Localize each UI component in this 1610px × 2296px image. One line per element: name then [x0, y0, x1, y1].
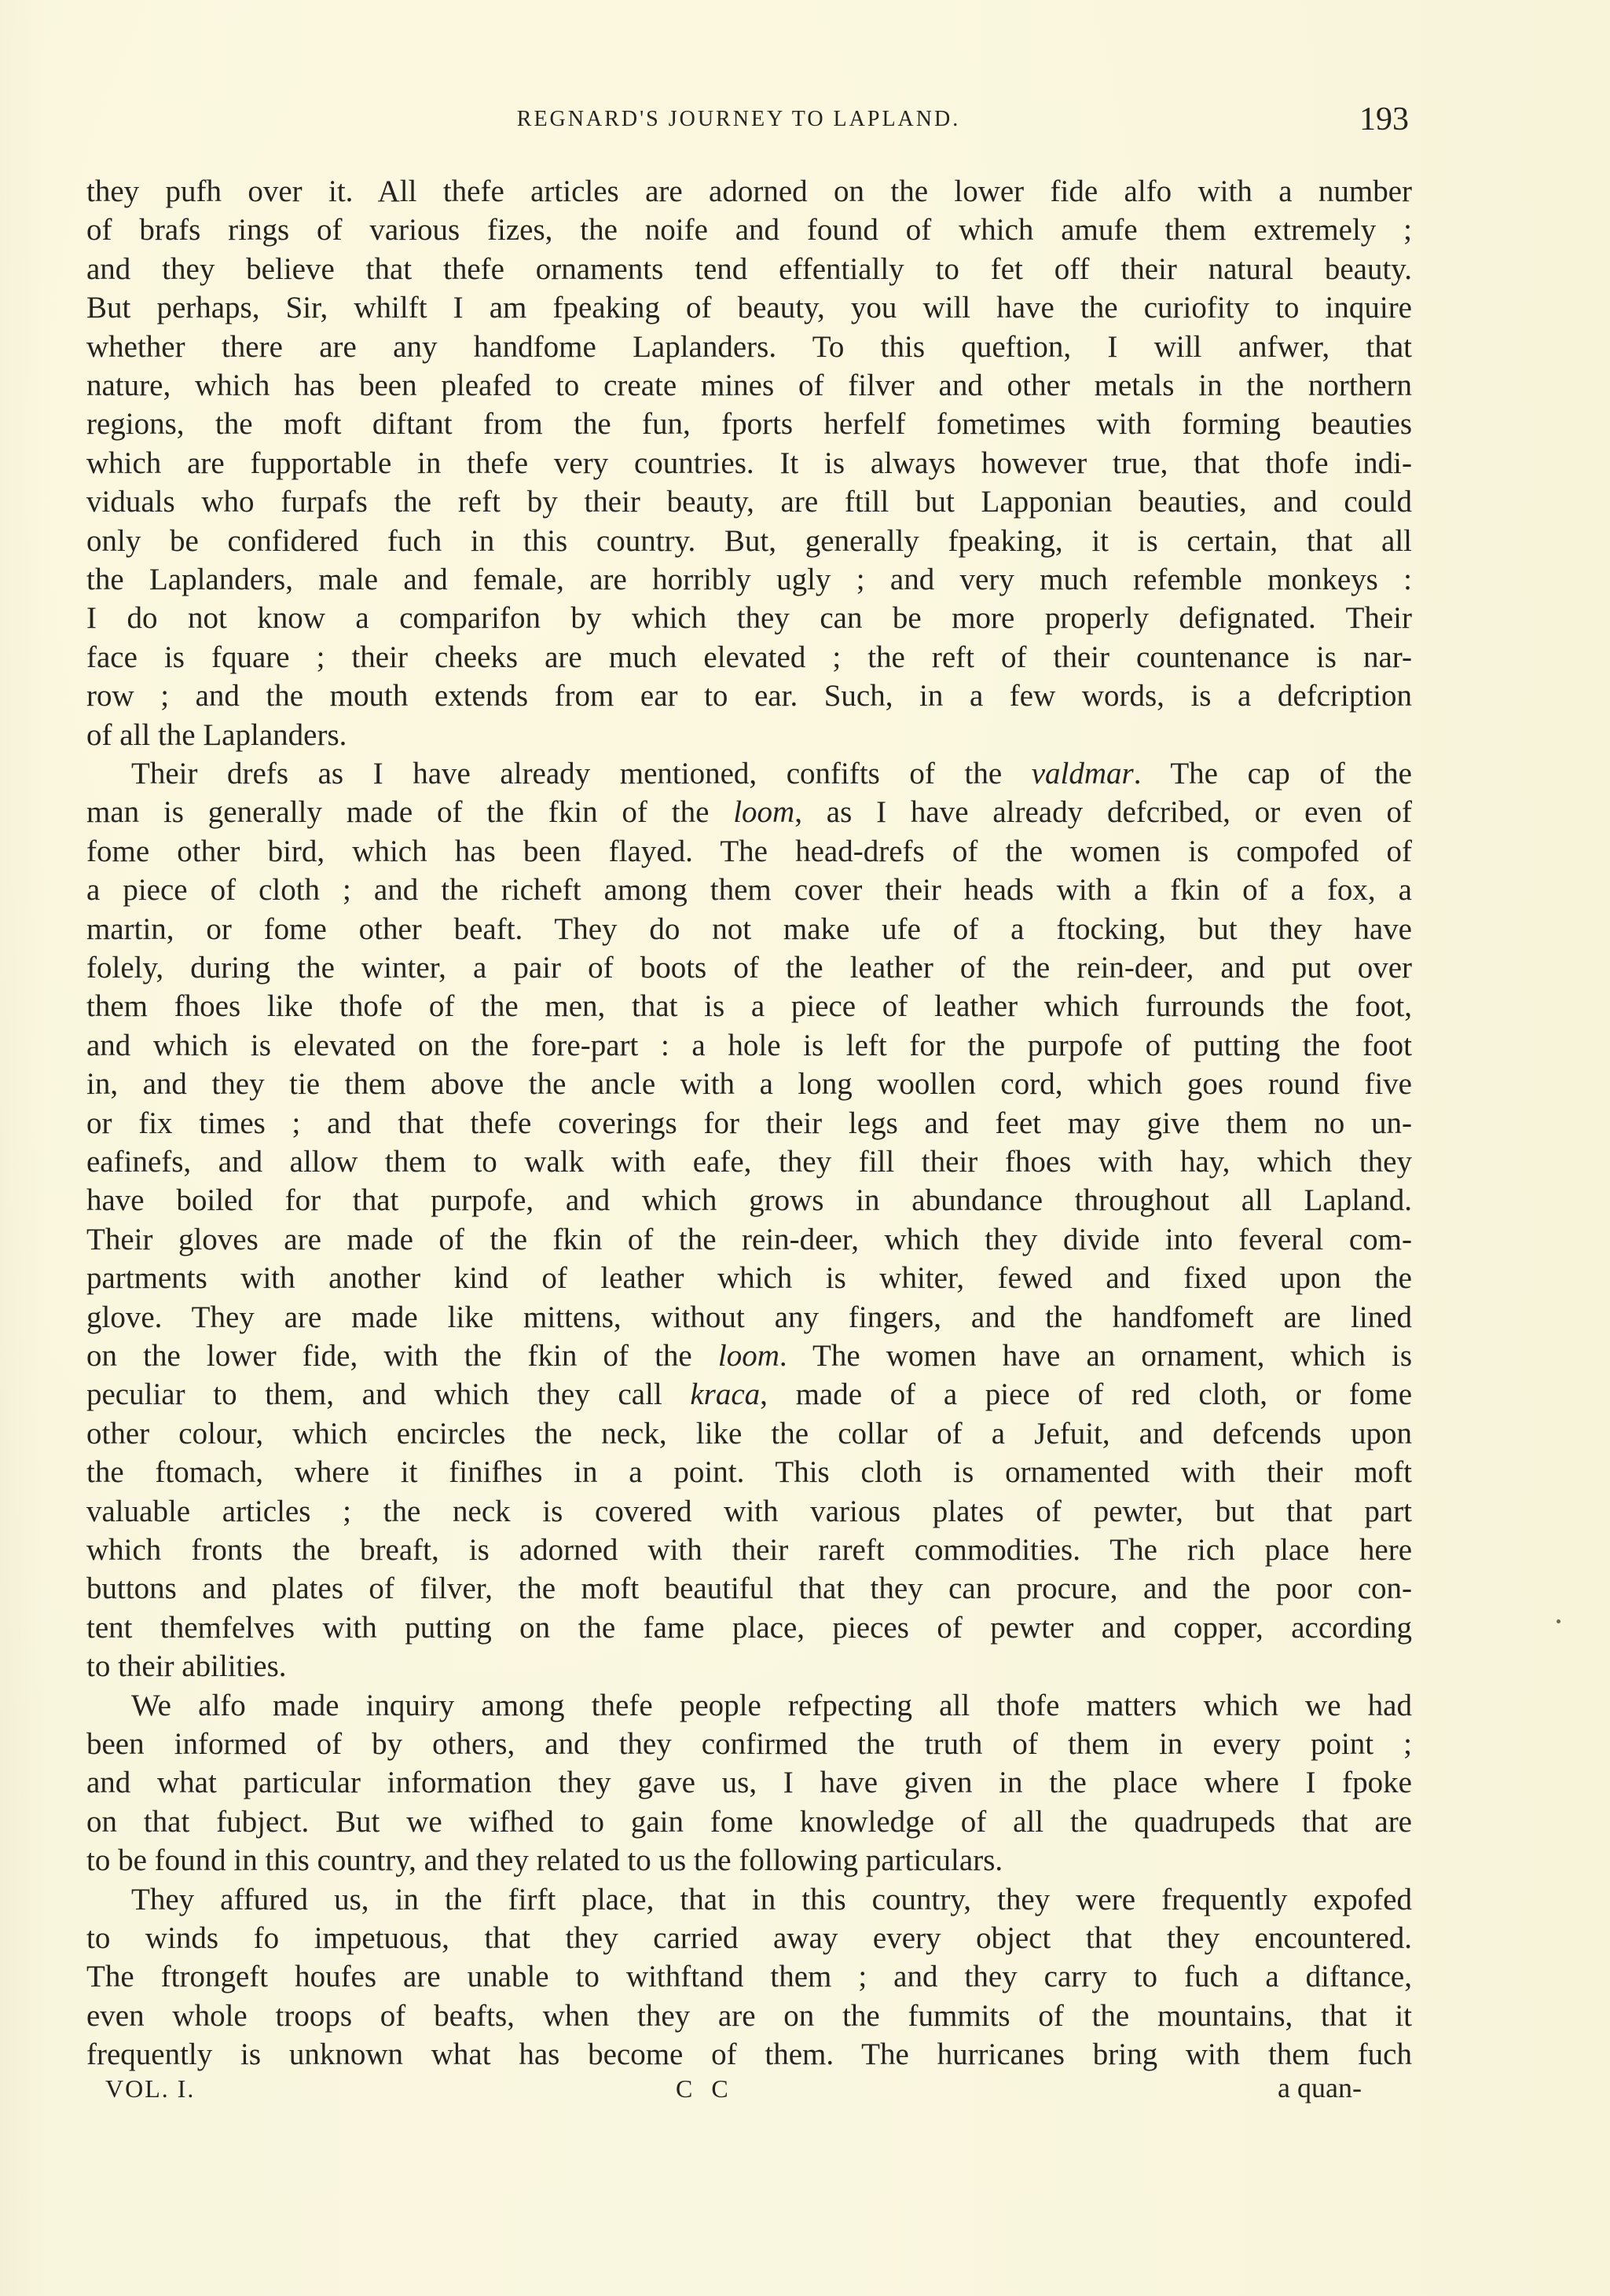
text-line: which are fupportable in thefe very coun…	[86, 444, 1412, 482]
text-line: frequently is unknown what has become of…	[86, 2035, 1412, 2074]
text-line: which fronts the breaft, is adorned with…	[86, 1531, 1412, 1569]
footer-catchword: a quan-	[1278, 2071, 1362, 2104]
line-text: whether there are any handfome Laplander…	[86, 330, 1412, 364]
footer-signature-mark: C C	[676, 2074, 735, 2103]
line-text: even whole troops of beafts, when they a…	[86, 1999, 1412, 2033]
line-text: Their drefs as I have already mentioned,…	[131, 757, 1032, 790]
line-text: been informed of by others, and they con…	[86, 1727, 1412, 1761]
italic-term: kraca	[690, 1377, 760, 1411]
text-line: of all the Laplanders.	[86, 716, 1412, 754]
line-text-after: , made of a piece of red cloth, or fome	[760, 1377, 1412, 1411]
book-page: Regnard's Journey to Lapland. 193 they p…	[0, 0, 1610, 2296]
line-text: The ftrongeft houfes are unable to withf…	[86, 1960, 1412, 1993]
line-text: viduals who furpafs the reft by their be…	[86, 485, 1412, 519]
line-text: row ; and the mouth extends from ear to …	[86, 679, 1412, 713]
line-text-after: , as I have already defcribed, or even o…	[794, 795, 1412, 829]
line-text: on that fubject. But we wifhed to gain f…	[86, 1805, 1412, 1839]
line-text: I do not know a comparifon by which they…	[86, 601, 1412, 635]
text-line: They affured us, in the firft place, tha…	[131, 1880, 1412, 1919]
line-text: glove. They are made like mittens, witho…	[86, 1300, 1412, 1334]
text-line: Their gloves are made of the fkin of the…	[86, 1220, 1412, 1259]
text-line: nature, which has been pleafed to create…	[86, 366, 1412, 405]
line-text: But perhaps, Sir, whilft I am fpeaking o…	[86, 291, 1412, 325]
line-text: on the lower fide, with the fkin of the	[86, 1339, 718, 1373]
text-line: the Laplanders, male and female, are hor…	[86, 560, 1412, 599]
line-text: We alfo made inquiry among thefe people …	[131, 1689, 1412, 1722]
text-line: and which is elevated on the fore-part :…	[86, 1026, 1412, 1065]
line-text: which fronts the breaft, is adorned with…	[86, 1533, 1412, 1567]
line-text: to their abilities.	[86, 1649, 287, 1683]
text-line: viduals who furpafs the reft by their be…	[86, 482, 1412, 521]
text-line: and they believe that thefe ornaments te…	[86, 250, 1412, 288]
text-line: regions, the moft diftant from the fun, …	[86, 405, 1412, 443]
text-line: tent themfelves with putting on the fame…	[86, 1608, 1412, 1647]
line-text: frequently is unknown what has become of…	[86, 2037, 1412, 2071]
line-text: folely, during the winter, a pair of boo…	[86, 951, 1412, 985]
line-text-after: . The cap of the	[1134, 757, 1412, 790]
text-line: row ; and the mouth extends from ear to …	[86, 677, 1412, 715]
text-line: the ftomach, where it finifhes in a poin…	[86, 1453, 1412, 1491]
text-line: on the lower fide, with the fkin of the …	[86, 1337, 1412, 1375]
text-line: We alfo made inquiry among thefe people …	[131, 1686, 1412, 1725]
text-line: a piece of cloth ; and the richeft among…	[86, 871, 1412, 909]
text-line: and what particular information they gav…	[86, 1763, 1412, 1802]
line-text: and what particular information they gav…	[86, 1766, 1412, 1799]
line-text: them fhoes like thofe of the men, that i…	[86, 989, 1412, 1023]
line-text: a piece of cloth ; and the richeft among…	[86, 873, 1412, 907]
text-line: other colour, which encircles the neck, …	[86, 1414, 1412, 1453]
text-line: to winds fo impetuous, that they carried…	[86, 1919, 1412, 1957]
text-line: to their abilities.	[86, 1647, 1412, 1685]
text-line: them fhoes like thofe of the men, that i…	[86, 987, 1412, 1025]
line-text: the ftomach, where it finifhes in a poin…	[86, 1455, 1412, 1489]
text-line: face is fquare ; their cheeks are much e…	[86, 638, 1412, 677]
text-line: But perhaps, Sir, whilft I am fpeaking o…	[86, 288, 1412, 327]
line-text: buttons and plates of filver, the moft b…	[86, 1572, 1412, 1605]
line-text: and they believe that thefe ornaments te…	[86, 252, 1412, 286]
line-text: and which is elevated on the fore-part :…	[86, 1029, 1412, 1062]
line-text: eafinefs, and allow them to walk with ea…	[86, 1145, 1412, 1179]
line-text: the Laplanders, male and female, are hor…	[86, 563, 1412, 596]
italic-term: loom	[718, 1339, 779, 1373]
page-number: 193	[1359, 101, 1409, 138]
line-text: of brafs rings of various fizes, the noi…	[86, 213, 1412, 247]
text-line: valuable articles ; the neck is covered …	[86, 1492, 1412, 1531]
line-text: other colour, which encircles the neck, …	[86, 1417, 1412, 1451]
text-line: folely, during the winter, a pair of boo…	[86, 948, 1412, 987]
line-text: Their gloves are made of the fkin of the…	[86, 1223, 1412, 1256]
text-line: I do not know a comparifon by which they…	[86, 599, 1412, 637]
text-line: only be confidered fuch in this country.…	[86, 522, 1412, 560]
running-title: Regnard's Journey to Lapland.	[440, 107, 1037, 132]
line-text: fome other bird, which has been flayed. …	[86, 834, 1412, 868]
text-line: on that fubject. But we wifhed to gain f…	[86, 1803, 1412, 1841]
line-text: to winds fo impetuous, that they carried…	[86, 1921, 1412, 1955]
text-line: been informed of by others, and they con…	[86, 1725, 1412, 1763]
text-line: fome other bird, which has been flayed. …	[86, 832, 1412, 871]
text-line: of brafs rings of various fizes, the noi…	[86, 211, 1412, 249]
text-line: they pufh over it. All thefe articles ar…	[86, 172, 1412, 211]
line-text: regions, the moft diftant from the fun, …	[86, 407, 1412, 441]
line-text: partments with another kind of leather w…	[86, 1261, 1412, 1295]
line-text: They affured us, in the firft place, tha…	[131, 1883, 1412, 1916]
text-line: even whole troops of beafts, when they a…	[86, 1997, 1412, 2035]
italic-term: loom	[733, 795, 794, 829]
text-line: man is generally made of the fkin of the…	[86, 793, 1412, 831]
line-text: martin, or fome other beaft. They do not…	[86, 912, 1412, 946]
text-line: martin, or fome other beaft. They do not…	[86, 910, 1412, 948]
line-text: peculiar to them, and which they call	[86, 1377, 690, 1411]
line-text: in, and they tie them above the ancle wi…	[86, 1067, 1412, 1101]
text-line: partments with another kind of leather w…	[86, 1259, 1412, 1297]
text-line: in, and they tie them above the ancle wi…	[86, 1065, 1412, 1103]
line-text: which are fupportable in thefe very coun…	[86, 446, 1412, 480]
line-text: they pufh over it. All thefe articles ar…	[86, 174, 1412, 208]
line-text: tent themfelves with putting on the fame…	[86, 1611, 1412, 1645]
text-line: or fix times ; and that thefe coverings …	[86, 1104, 1412, 1142]
line-text: to be found in this country, and they re…	[86, 1843, 1003, 1877]
text-line: to be found in this country, and they re…	[86, 1841, 1412, 1880]
line-text: of all the Laplanders.	[86, 718, 347, 752]
line-text: valuable articles ; the neck is covered …	[86, 1495, 1412, 1528]
footer-volume: VOL. I.	[105, 2074, 195, 2103]
text-line: Their drefs as I have already mentioned,…	[131, 754, 1412, 793]
line-text: man is generally made of the fkin of the	[86, 795, 733, 829]
text-line: buttons and plates of filver, the moft b…	[86, 1569, 1412, 1608]
text-line: peculiar to them, and which they call kr…	[86, 1375, 1412, 1414]
line-text: have boiled for that purpofe, and which …	[86, 1183, 1412, 1217]
text-line: The ftrongeft houfes are unable to withf…	[86, 1957, 1412, 1996]
line-text-after: . The women have an ornament, which is	[779, 1339, 1412, 1373]
line-text: only be confidered fuch in this country.…	[86, 524, 1412, 558]
line-text: face is fquare ; their cheeks are much e…	[86, 640, 1412, 674]
text-line: whether there are any handfome Laplander…	[86, 328, 1412, 366]
text-line: eafinefs, and allow them to walk with ea…	[86, 1142, 1412, 1181]
ink-speck	[1557, 1619, 1560, 1623]
line-text: nature, which has been pleafed to create…	[86, 369, 1412, 402]
text-line: glove. They are made like mittens, witho…	[86, 1298, 1412, 1337]
italic-term: valdmar	[1032, 757, 1134, 790]
text-line: have boiled for that purpofe, and which …	[86, 1181, 1412, 1220]
line-text: or fix times ; and that thefe coverings …	[86, 1106, 1412, 1140]
